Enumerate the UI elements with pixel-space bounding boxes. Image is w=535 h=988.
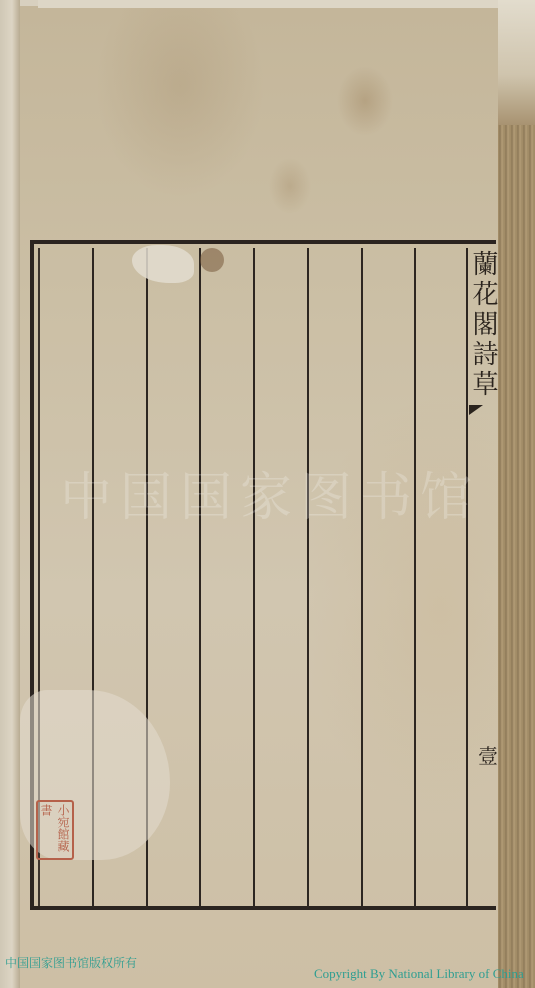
column-rule: [414, 248, 416, 908]
copyright-en: Copyright By National Library of China: [314, 966, 524, 982]
column-rule: [361, 248, 363, 908]
left-page-edge: [0, 0, 20, 988]
book-title: 蘭花閣詩草: [468, 250, 498, 400]
column-rule: [253, 248, 255, 908]
scanned-book-page: 蘭花閣詩草 壹 小宛館藏書 中国国家图书馆 中国国家图书馆版权所有 Copyri…: [0, 0, 535, 988]
column-rule: [307, 248, 309, 908]
watermark: 中国国家图书馆: [60, 455, 480, 530]
column-rule: [199, 248, 201, 908]
ink-stain: [200, 248, 224, 272]
fish-tail-mark: [469, 405, 483, 415]
outer-leaf-edge: [38, 0, 508, 8]
book-spine-edge: [498, 0, 535, 988]
copyright-cn: 中国国家图书馆版权所有: [5, 954, 137, 971]
book-spine-top: [498, 0, 535, 125]
page-number: 壹: [478, 740, 498, 769]
collector-seal: 小宛館藏書: [36, 800, 74, 860]
